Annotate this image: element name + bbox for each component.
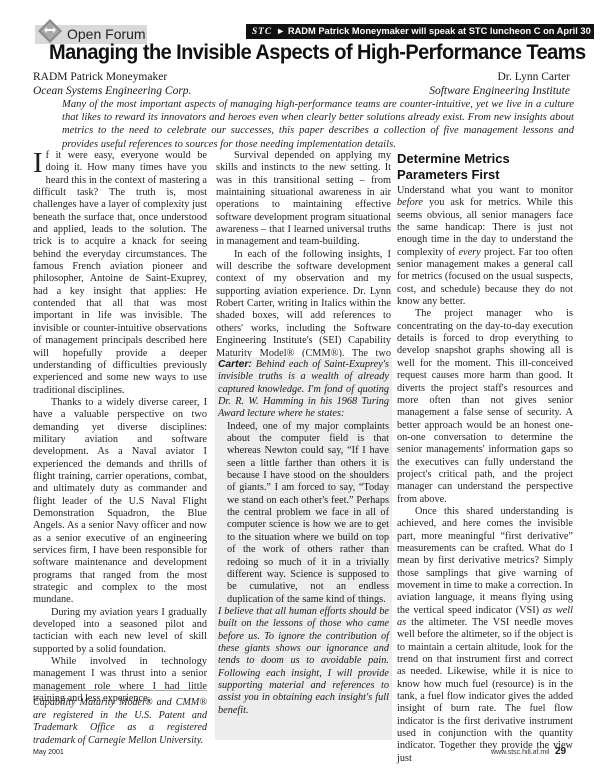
author-name: RADM Patrick Moneymaker — [33, 70, 191, 84]
author-2: Dr. Lynn Carter Software Engineering Ins… — [429, 70, 570, 98]
hamming-quote: Indeed, one of my major complaints about… — [218, 421, 389, 606]
sidebar-closing: I believe that all human efforts should … — [218, 606, 389, 717]
paragraph: Once this shared understanding is achiev… — [397, 506, 573, 765]
banner-text: RADM Patrick Moneymaker will speak at ST… — [288, 26, 591, 36]
paragraph: The project manager who is concentrating… — [397, 308, 573, 506]
trademark-footnote: Capability Maturity Model® and CMM® are … — [33, 690, 207, 747]
drop-cap: I — [33, 151, 43, 175]
stc-logo-icon: STC — [252, 27, 272, 37]
column-2: Survival depended on applying my skills … — [216, 150, 391, 385]
paragraph: Survival depended on applying my skills … — [216, 150, 391, 249]
event-banner: STC► RADM Patrick Moneymaker will speak … — [246, 24, 594, 39]
paragraph: Understand what you want to monitor befo… — [397, 185, 573, 308]
author-affiliation: Ocean Systems Engineering Corp. — [33, 84, 191, 98]
paragraph: During my aviation years I gradually dev… — [33, 607, 207, 656]
column-3: Understand what you want to monitor befo… — [397, 185, 573, 765]
column-1: If it were easy, everyone would be doing… — [33, 150, 207, 705]
section-heading: Determine Metrics Parameters First — [397, 151, 567, 183]
paragraph: f it were easy, everyone would be doing … — [33, 150, 207, 396]
article-abstract: Many of the most important aspects of ma… — [62, 98, 574, 151]
article-title: Managing the Invisible Aspects of High-P… — [49, 40, 570, 65]
author-affiliation: Software Engineering Institute — [429, 84, 570, 98]
paragraph: Thanks to a widely diverse career, I hav… — [33, 397, 207, 607]
carter-sidebar-text: Carter: Behind each of Saint-Exuprey's i… — [218, 359, 389, 717]
website-link[interactable]: www.stsc.hill.af.mil — [491, 749, 549, 756]
author-name: Dr. Lynn Carter — [429, 70, 570, 84]
sidebar-label: Carter: — [218, 359, 252, 370]
banner-arrow-icon: ► — [276, 26, 285, 36]
author-1: RADM Patrick Moneymaker Ocean Systems En… — [33, 70, 191, 98]
page-number: 29 — [555, 746, 566, 757]
issue-date: May 2001 — [33, 749, 64, 756]
